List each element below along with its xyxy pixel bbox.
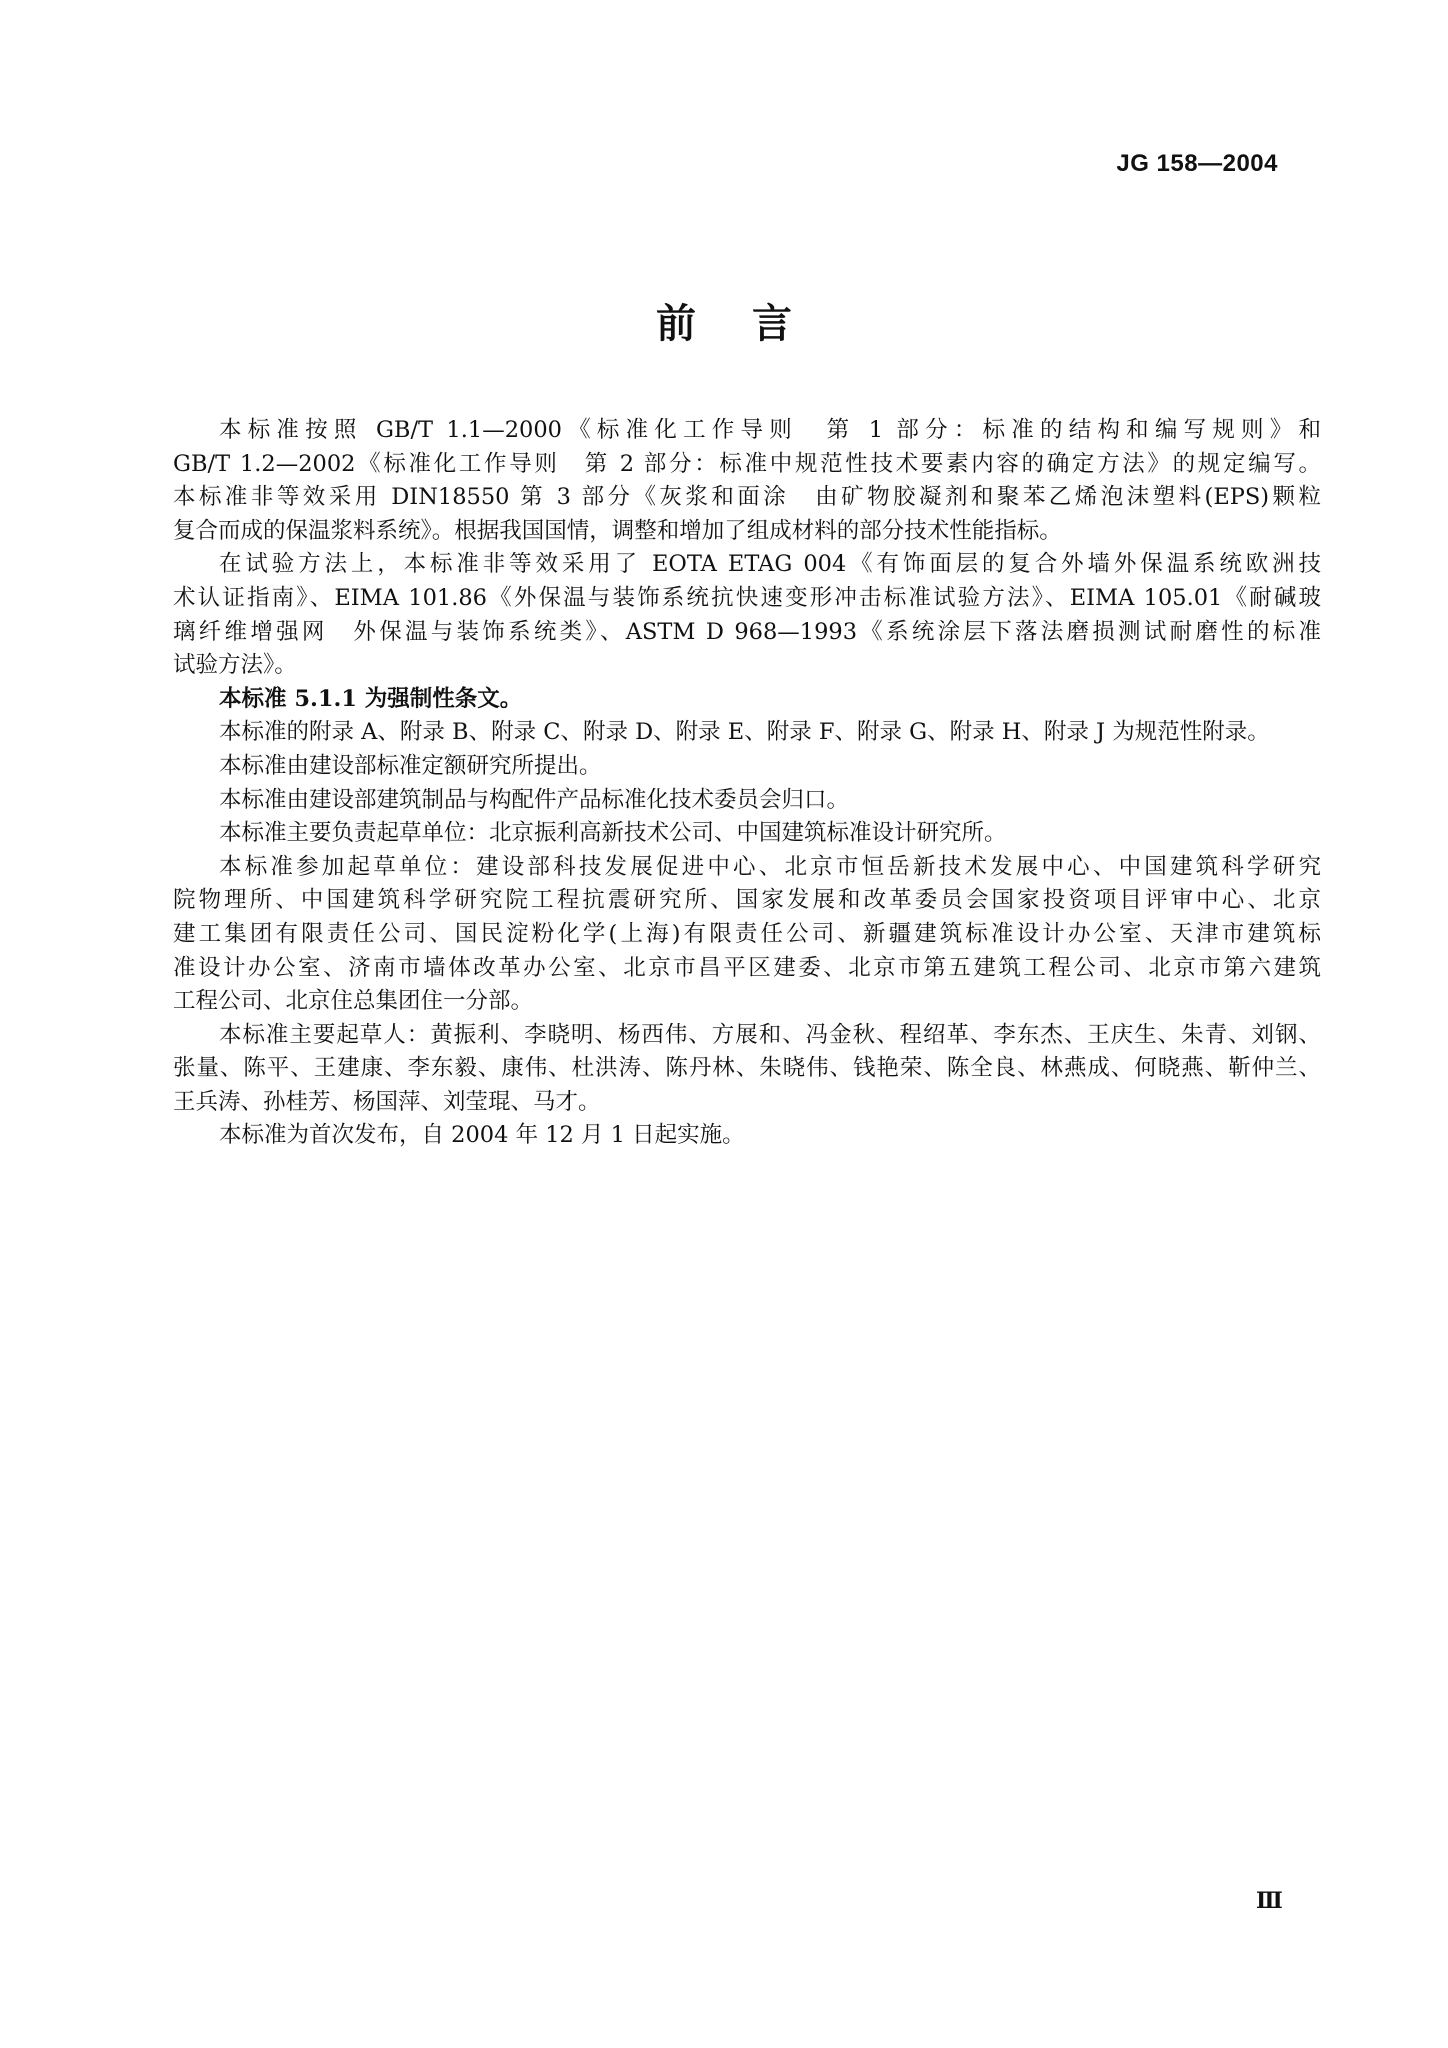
text-line: 术认证指南》、EIMA 101.86《外保温与装饰系统抗快速变形冲击标准试验方法…	[173, 582, 1321, 616]
text-line: 本标准主要起草人：黄振利、李晓明、杨西伟、方展和、冯金秋、程绍革、李东杰、王庆生…	[173, 1019, 1321, 1053]
text-line: 本标准由建设部标准定额研究所提出。	[173, 750, 1321, 784]
document-code: JG 158—2004	[1116, 150, 1278, 178]
paragraph-p7: 本标准主要负责起草单位：北京振利高新技术公司、中国建筑标准设计研究所。	[173, 817, 1321, 851]
paragraph-p5: 本标准由建设部标准定额研究所提出。	[173, 750, 1321, 784]
paragraph-p4: 本标准的附录 A、附录 B、附录 C、附录 D、附录 E、附录 F、附录 G、附…	[173, 716, 1321, 750]
paragraph-p8: 本标准参加起草单位：建设部科技发展促进中心、北京市恒岳新技术发展中心、中国建筑科…	[173, 851, 1321, 1019]
title-char-1: 前	[656, 292, 696, 349]
title-char-2: 言	[752, 292, 792, 349]
text-line: 建工集团有限责任公司、国民淀粉化学(上海)有限责任公司、新疆建筑标准设计办公室、…	[173, 918, 1321, 952]
text-line: 在试验方法上，本标准非等效采用了 EOTA ETAG 004《有饰面层的复合外墙…	[173, 548, 1321, 582]
text-line: 本标准的附录 A、附录 B、附录 C、附录 D、附录 E、附录 F、附录 G、附…	[173, 716, 1321, 750]
paragraph-p10: 本标准为首次发布，自 2004 年 12 月 1 日起实施。	[173, 1119, 1321, 1153]
text-line: 本标准由建设部建筑制品与构配件产品标准化技术委员会归口。	[173, 784, 1321, 818]
text-line: 工程公司、北京住总集团住一分部。	[173, 985, 1321, 1019]
text-line: 本标准为首次发布，自 2004 年 12 月 1 日起实施。	[173, 1119, 1321, 1153]
text-line: 准设计办公室、济南市墙体改革办公室、北京市昌平区建委、北京市第五建筑工程公司、北…	[173, 952, 1321, 986]
text-line: 本标准参加起草单位：建设部科技发展促进中心、北京市恒岳新技术发展中心、中国建筑科…	[173, 851, 1321, 885]
page-number: Ⅲ	[1256, 1888, 1283, 1914]
paragraph-p1: 本标准按照 GB/T 1.1—2000《标准化工作导则 第 1 部分：标准的结构…	[173, 414, 1321, 548]
text-line: 王兵涛、孙桂芳、杨国萍、刘莹琨、马才。	[173, 1086, 1321, 1120]
paragraph-p6: 本标准由建设部建筑制品与构配件产品标准化技术委员会归口。	[173, 784, 1321, 818]
text-line: 试验方法》。	[173, 649, 1321, 683]
page-title: 前言	[0, 292, 1448, 349]
text-line: 本标准非等效采用 DIN18550 第 3 部分《灰浆和面涂 由矿物胶凝剂和聚苯…	[173, 481, 1321, 515]
text-line: 璃纤维增强网 外保温与装饰系统类》、ASTM D 968—1993《系统涂层下落…	[173, 616, 1321, 650]
paragraph-p9: 本标准主要起草人：黄振利、李晓明、杨西伟、方展和、冯金秋、程绍革、李东杰、王庆生…	[173, 1019, 1321, 1120]
text-line: 本标准 5.1.1 为强制性条文。	[173, 683, 1321, 717]
text-line: 本标准按照 GB/T 1.1—2000《标准化工作导则 第 1 部分：标准的结构…	[173, 414, 1321, 448]
paragraph-p3: 本标准 5.1.1 为强制性条文。	[173, 683, 1321, 717]
paragraph-p2: 在试验方法上，本标准非等效采用了 EOTA ETAG 004《有饰面层的复合外墙…	[173, 548, 1321, 682]
text-line: 院物理所、中国建筑科学研究院工程抗震研究所、国家发展和改革委员会国家投资项目评审…	[173, 884, 1321, 918]
text-line: 本标准主要负责起草单位：北京振利高新技术公司、中国建筑标准设计研究所。	[173, 817, 1321, 851]
text-line: 张量、陈平、王建康、李东毅、康伟、杜洪涛、陈丹林、朱晓伟、钱艳荣、陈全良、林燕成…	[173, 1052, 1321, 1086]
text-line: 复合而成的保温浆料系统》。根据我国国情，调整和增加了组成材料的部分技术性能指标。	[173, 515, 1321, 549]
text-line: GB/T 1.2—2002《标准化工作导则 第 2 部分：标准中规范性技术要素内…	[173, 448, 1321, 482]
foreword-body: 本标准按照 GB/T 1.1—2000《标准化工作导则 第 1 部分：标准的结构…	[173, 414, 1321, 1153]
